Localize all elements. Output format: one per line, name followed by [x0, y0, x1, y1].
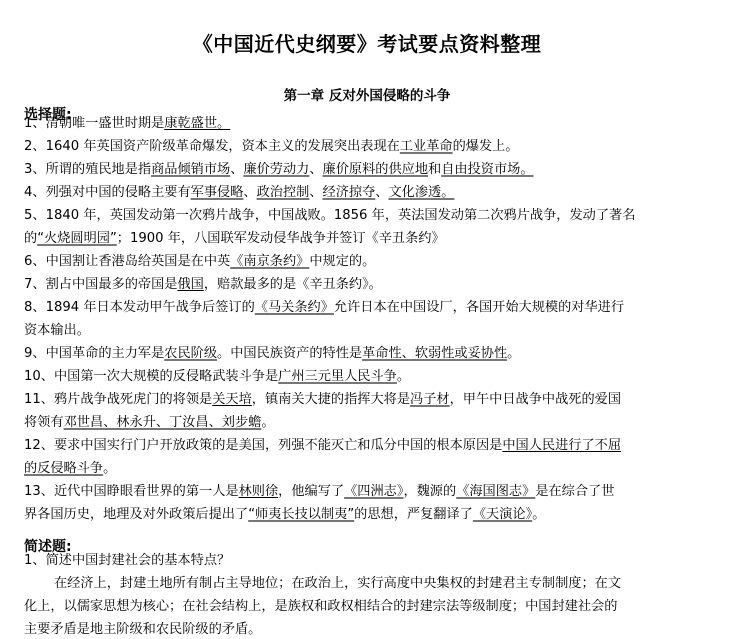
text-span: 、 — [309, 162, 322, 177]
text-line: 2、1640 年英国资产阶级革命爆发，资本主义的发展突出表现在工业革命的爆发上。 — [24, 138, 714, 156]
text-span: 允许日本在中国设厂，各国开始大规模的对华进行 — [334, 300, 624, 315]
text-span: 8、1894 年日本发动甲午战争后签订的 — [24, 300, 255, 315]
underlined-answer: 康乾盛世。 — [164, 116, 230, 131]
text-line: 12、要求中国实行门户开放政策的是美国，列强不能灭亡和瓜分中国的根本原因是中国人… — [24, 437, 714, 455]
underlined-answer: 邓世昌、林永升、丁汝昌、刘步蟾 — [64, 415, 262, 430]
text-span: 9、中国革命的主力军是 — [24, 346, 164, 361]
underlined-answer: 《海国图志》 — [456, 484, 535, 499]
underlined-answer: 廉价原料的供应地 — [323, 162, 429, 177]
text-span: ，镇南关大捷的指挥大将是 — [252, 392, 410, 407]
text-line: 8、1894 年日本发动甲午战争后签订的《马关条约》允许日本在中国设厂，各国开始… — [24, 299, 714, 317]
text-span: 的思想，严复翻译了 — [354, 507, 473, 522]
text-span: 在经济上，封建土地所有制占主导地位；在政治上，实行高度中央集权的封建君主专制制度… — [54, 576, 621, 591]
text-span: 主要矛盾是地主阶级和农民阶级的矛盾。 — [24, 622, 261, 637]
underlined-answer: 廉价劳动力 — [243, 162, 309, 177]
text-line: 将领有邓世昌、林永升、丁汝昌、刘步蟾。 — [24, 414, 714, 432]
underlined-answer: 的反侵略斗争 — [24, 461, 103, 476]
text-line: 11、鸦片战争战死虎门的将领是关天培，镇南关大捷的指挥大将是冯子材，甲午中日战争… — [24, 391, 714, 409]
underlined-answer: 关天培 — [212, 392, 252, 407]
underlined-answer: 俄国 — [177, 277, 203, 292]
underlined-answer: 《天演论》 — [473, 507, 532, 522]
text-span: 5、1840 年，英国发动第一次鸦片战争，中国战败。1856 年，英法国发动第二… — [24, 208, 635, 223]
text-span: 是在综合了世 — [535, 484, 614, 499]
underlined-answer: 革命性、软弱性或妥协性 — [362, 346, 507, 361]
text-span: 的爆发上。 — [453, 139, 519, 154]
document-title: 《中国近代史纲要》考试要点资料整理 — [0, 28, 734, 57]
text-span: ，甲午中日战争中战死的爱国 — [450, 392, 621, 407]
text-line: 10、中国第一次大规模的反侵略武装斗争是广州三元里人民斗争。 — [24, 368, 714, 386]
underlined-answer: 广州三元里人民斗争 — [278, 369, 397, 384]
underlined-answer: 文化渗透。 — [388, 185, 454, 200]
text-span: ，赔款最多的是《辛丑条约》。 — [204, 277, 382, 292]
text-span: 10、中国第一次大规模的反侵略武装斗争是 — [24, 369, 278, 384]
underlined-answer: 军事侵略 — [191, 185, 244, 200]
text-line: 7、割占中国最多的帝国是俄国，赔款最多的是《辛丑条约》。 — [24, 276, 714, 294]
text-span: 和 — [428, 162, 441, 177]
text-line: 的“火烧圆明园”；1900 年，八国联军发动侵华战争并签订《辛丑条约》 — [24, 230, 714, 248]
text-span: 1、清朝唯一盛世时期是 — [24, 116, 164, 131]
underlined-answer: 农民阶级 — [164, 346, 217, 361]
underlined-answer: 经济掠夺 — [323, 185, 376, 200]
text-line: 的反侵略斗争。 — [24, 460, 714, 478]
text-line: 主要矛盾是地主阶级和农民阶级的矛盾。 — [24, 621, 714, 639]
underlined-answer: 商品倾销市场 — [151, 162, 230, 177]
text-span: 1、简述中国封建社会的基本特点？ — [24, 553, 230, 568]
text-line: 化上，以儒家思想为核心；在社会结构上，是族权和政权相结合的封建宗法等级制度；中国… — [24, 598, 714, 616]
text-span: 。 — [507, 346, 520, 361]
text-span: 、 — [309, 185, 322, 200]
text-span: 3、所谓的殖民地是指 — [24, 162, 151, 177]
text-line: 界各国历史，地理及对外政策后提出了“师夷长技以制夷”的思想，严复翻译了《天演论》… — [24, 506, 714, 524]
text-span: 资本输出。 — [24, 323, 90, 338]
text-line: 资本输出。 — [24, 322, 714, 340]
text-line: 13、近代中国睁眼看世界的第一人是林则徐，他编写了《四洲志》，魏源的《海国图志》… — [24, 483, 714, 501]
text-span: 12、要求中国实行门户开放政策的是美国，列强不能灭亡和瓜分中国的根本原因是 — [24, 438, 502, 453]
underlined-answer: “师夷长技以制夷” — [248, 507, 354, 522]
text-span: 11、鸦片战争战死虎门的将领是 — [24, 392, 212, 407]
text-line: 6、中国割让香港岛给英国是在中英《南京条约》中规定的。 — [24, 253, 714, 271]
text-span: 。中国民族资产的特性是 — [217, 346, 362, 361]
underlined-answer: “火烧圆明园” — [37, 231, 117, 246]
text-span: 、 — [243, 185, 256, 200]
text-span: 界各国历史，地理及对外政策后提出了 — [24, 507, 248, 522]
text-line: 9、中国革命的主力军是农民阶级。中国民族资产的特性是革命性、软弱性或妥协性。 — [24, 345, 714, 363]
underlined-answer: 《四洲志》 — [344, 484, 403, 499]
text-span: 7、割占中国最多的帝国是 — [24, 277, 177, 292]
text-line: 5、1840 年，英国发动第一次鸦片战争，中国战败。1856 年，英法国发动第二… — [24, 207, 714, 225]
text-line: 1、简述中国封建社会的基本特点？ — [24, 552, 714, 570]
text-span: 6、中国割让香港岛给英国是在中英 — [24, 254, 230, 269]
text-span: 。 — [397, 369, 410, 384]
text-span: 的 — [24, 231, 37, 246]
underlined-answer: 自由投资市场。 — [441, 162, 533, 177]
underlined-answer: 中国人民进行了不屈 — [502, 438, 621, 453]
text-span: 化上，以儒家思想为核心；在社会结构上，是族权和政权相结合的封建宗法等级制度；中国… — [24, 599, 617, 614]
text-span: 4、列强对中国的侵略主要有 — [24, 185, 191, 200]
text-span: 。 — [261, 415, 274, 430]
text-span: 、 — [230, 162, 243, 177]
underlined-answer: 冯子材 — [410, 392, 450, 407]
text-span: 将领有 — [24, 415, 64, 430]
underlined-answer: 工业革命 — [400, 139, 453, 154]
text-span: ；1900 年，八国联军发动侵华战争并签订《辛丑条约》 — [117, 231, 445, 246]
text-line: 在经济上，封建土地所有制占主导地位；在政治上，实行高度中央集权的封建君主专制制度… — [24, 575, 734, 593]
underlined-answer: 《马关条约》 — [255, 300, 334, 315]
text-span: ，他编写了 — [278, 484, 344, 499]
text-span: 。 — [103, 461, 116, 476]
underlined-answer: 林则徐 — [239, 484, 279, 499]
text-span: 中规定的。 — [309, 254, 375, 269]
underlined-answer: 政治控制 — [257, 185, 310, 200]
text-line: 4、列强对中国的侵略主要有军事侵略、政治控制、经济掠夺、文化渗透。 — [24, 184, 714, 202]
text-line: 1、清朝唯一盛世时期是康乾盛世。 — [24, 115, 714, 133]
text-span: 。 — [532, 507, 545, 522]
text-span: 13、近代中国睁眼看世界的第一人是 — [24, 484, 239, 499]
document-page: 《中国近代史纲要》考试要点资料整理 第一章 反对外国侵略的斗争 选择题: 简述题… — [0, 0, 734, 639]
text-line: 3、所谓的殖民地是指商品倾销市场、廉价劳动力、廉价原料的供应地和自由投资市场。 — [24, 161, 714, 179]
underlined-answer: 《南京条约》 — [230, 254, 309, 269]
text-span: 2、1640 年英国资产阶级革命爆发，资本主义的发展突出表现在 — [24, 139, 400, 154]
chapter-heading: 第一章 反对外国侵略的斗争 — [0, 84, 734, 104]
text-span: ，魏源的 — [403, 484, 456, 499]
text-span: 、 — [375, 185, 388, 200]
